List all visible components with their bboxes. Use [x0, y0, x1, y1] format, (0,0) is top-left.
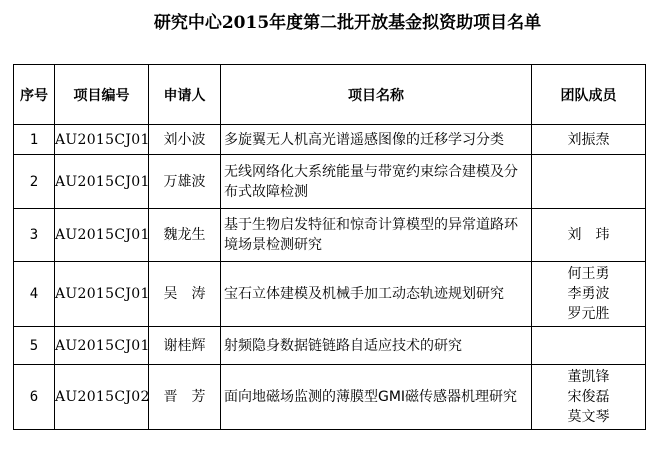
project-name-text: 射频隐身数据链链路自适应技术的研究	[223, 336, 531, 356]
team-member: 刘 玮	[532, 225, 645, 245]
header-name: 项目名称	[221, 65, 532, 125]
cell-applicant: 吴 涛	[149, 262, 221, 327]
document-title: 研究中心2015年度第二批开放基金拟资助项目名单	[0, 12, 664, 34]
cell-team: 何王勇 李勇波 罗元胜	[532, 262, 646, 327]
header-index: 序号	[14, 65, 55, 125]
team-member: 莫文琴	[532, 407, 645, 427]
project-name-text: 面向地磁场监测的薄膜型GMI磁传感器机理研究	[223, 387, 531, 407]
cell-team	[532, 155, 646, 209]
cell-applicant: 万雄波	[149, 155, 221, 209]
team-member: 董凯锋	[532, 367, 645, 387]
cell-code: AU2015CJ017	[55, 209, 149, 262]
grant-project-table: 序号 项目编号 申请人 项目名称 团队成员 1 AU2015CJ015 刘小波 …	[13, 64, 646, 430]
table-row: 3 AU2015CJ017 魏龙生 基于生物启发特征和惊奇计算模型的异常道路环境…	[14, 209, 646, 262]
cell-project-name: 基于生物启发特征和惊奇计算模型的异常道路环境场景检测研究	[221, 209, 532, 262]
cell-index: 3	[14, 209, 55, 262]
cell-index: 1	[14, 125, 55, 155]
team-member: 李勇波	[532, 284, 645, 304]
cell-code: AU2015CJ019	[55, 327, 149, 365]
table-row: 4 AU2015CJ018 吴 涛 宝石立体建模及机械手加工动态轨迹规划研究 何…	[14, 262, 646, 327]
table-row: 6 AU2015CJ020 晋 芳 面向地磁场监测的薄膜型GMI磁传感器机理研究…	[14, 365, 646, 430]
cell-applicant: 刘小波	[149, 125, 221, 155]
team-member: 宋俊磊	[532, 387, 645, 407]
team-member: 刘振焘	[532, 130, 645, 150]
cell-project-name: 宝石立体建模及机械手加工动态轨迹规划研究	[221, 262, 532, 327]
cell-code: AU2015CJ018	[55, 262, 149, 327]
cell-applicant: 魏龙生	[149, 209, 221, 262]
project-name-text: 基于生物启发特征和惊奇计算模型的异常道路环境场景检测研究	[223, 215, 531, 255]
header-code: 项目编号	[55, 65, 149, 125]
cell-project-name: 面向地磁场监测的薄膜型GMI磁传感器机理研究	[221, 365, 532, 430]
cell-index: 2	[14, 155, 55, 209]
cell-team: 刘振焘	[532, 125, 646, 155]
cell-code: AU2015CJ016	[55, 155, 149, 209]
project-name-text: 多旋翼无人机高光谱遥感图像的迁移学习分类	[223, 130, 531, 150]
cell-index: 4	[14, 262, 55, 327]
table-header-row: 序号 项目编号 申请人 项目名称 团队成员	[14, 65, 646, 125]
cell-project-name: 射频隐身数据链链路自适应技术的研究	[221, 327, 532, 365]
cell-applicant: 谢桂辉	[149, 327, 221, 365]
cell-index: 6	[14, 365, 55, 430]
cell-code: AU2015CJ015	[55, 125, 149, 155]
table-row: 5 AU2015CJ019 谢桂辉 射频隐身数据链链路自适应技术的研究	[14, 327, 646, 365]
cell-applicant: 晋 芳	[149, 365, 221, 430]
project-name-text: 无线网络化大系统能量与带宽约束综合建模及分布式故障检测	[223, 162, 531, 202]
table-row: 1 AU2015CJ015 刘小波 多旋翼无人机高光谱遥感图像的迁移学习分类 刘…	[14, 125, 646, 155]
cell-team	[532, 327, 646, 365]
table-row: 2 AU2015CJ016 万雄波 无线网络化大系统能量与带宽约束综合建模及分布…	[14, 155, 646, 209]
header-team: 团队成员	[532, 65, 646, 125]
cell-team: 刘 玮	[532, 209, 646, 262]
team-member: 罗元胜	[532, 304, 645, 324]
header-applicant: 申请人	[149, 65, 221, 125]
cell-project-name: 无线网络化大系统能量与带宽约束综合建模及分布式故障检测	[221, 155, 532, 209]
cell-project-name: 多旋翼无人机高光谱遥感图像的迁移学习分类	[221, 125, 532, 155]
team-member: 何王勇	[532, 264, 645, 284]
cell-code: AU2015CJ020	[55, 365, 149, 430]
cell-index: 5	[14, 327, 55, 365]
project-name-text: 宝石立体建模及机械手加工动态轨迹规划研究	[223, 284, 531, 304]
cell-team: 董凯锋 宋俊磊 莫文琴	[532, 365, 646, 430]
